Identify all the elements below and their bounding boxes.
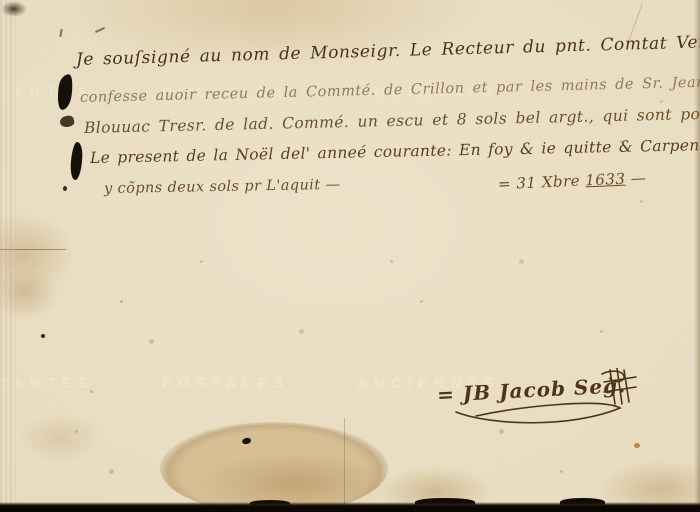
stain [200,452,390,512]
stain [160,422,388,512]
pencil-mark [59,29,62,37]
manuscript-line-3: Blouuac Tresr. de lad. Commé. un escu et… [84,105,700,137]
scan-edge-stripes [0,0,16,512]
stain [0,268,60,320]
crease-line [344,418,345,512]
manuscript-line-5: y cõpns deux sols pr L'aquit — [104,177,341,197]
scanned-manuscript: CARTES POSTALES ANCIENNES CARTES POSTALE… [0,0,700,512]
date-suffix: — [625,169,647,188]
scan-bottom-edge [250,500,290,506]
stain [378,466,493,512]
date-line: = 31 Xbre 1633 — [498,169,647,193]
corner-smudge [1,1,27,17]
ink-blot [70,142,84,181]
ink-blot [59,114,75,128]
ink-blot [241,437,251,445]
rust-spot [634,443,640,448]
manuscript-line-4: Le present de la Noël del' anneé courant… [90,136,700,167]
ink-blot [63,186,67,191]
scan-bottom-edge [0,502,700,512]
date-year: 1633 [585,170,626,190]
pencil-mark [95,27,105,33]
ink-blot [41,334,45,338]
crease-line [0,249,66,250]
signature-flourish [452,368,662,430]
ink-blot [56,73,75,111]
foxing-spots [120,300,123,303]
stain [598,460,700,512]
manuscript-line-2: confesse auoir receu de la Commté. de Cr… [80,75,700,106]
manuscript-line-1: Je souſsigné au nom de Monseigr. Le Rect… [76,31,700,70]
scan-bottom-edge [415,498,475,506]
date-prefix: = 31 Xbre [498,171,586,193]
scan-bottom-edge [560,498,605,506]
